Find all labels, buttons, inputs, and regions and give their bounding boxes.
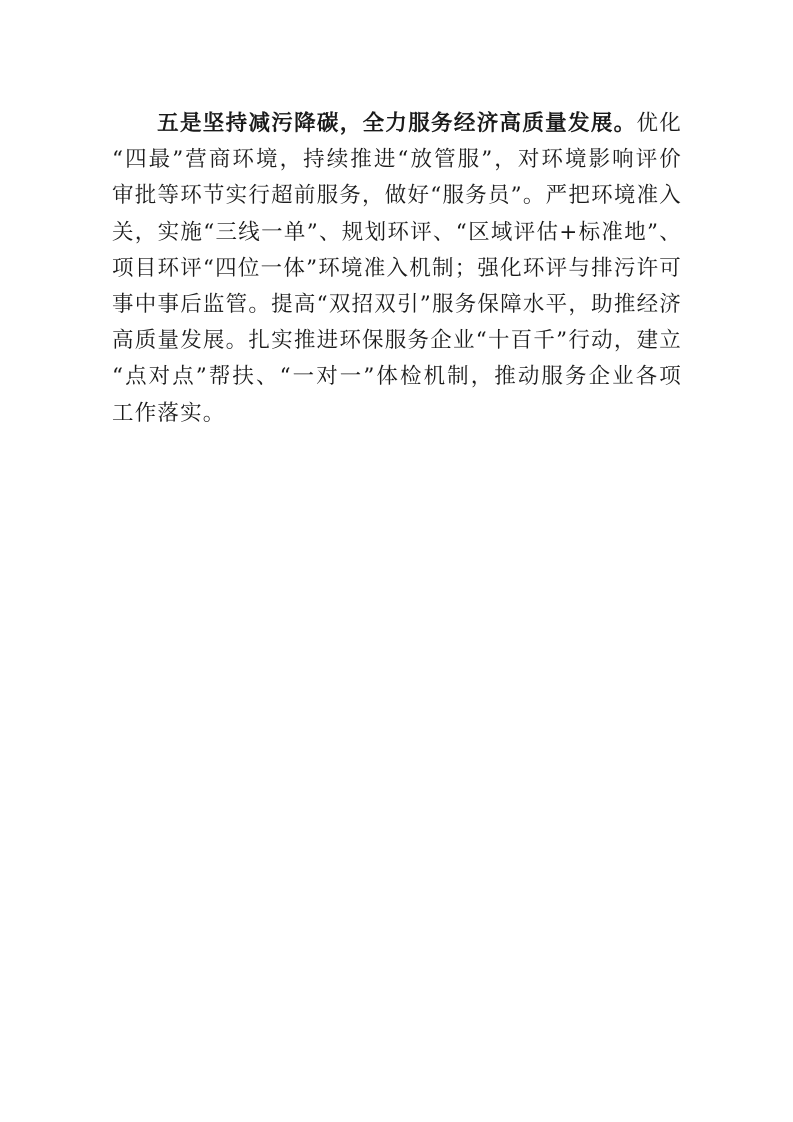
paragraph-heading: 五是坚持减污降碳，全力服务经济高质量发展。 (157, 111, 636, 136)
line-1-text: 优化 (636, 111, 682, 136)
line-6: 事中事后监管。提高“双招双引”服务保障水平，助推经济 (112, 287, 682, 323)
line-8: “点对点”帮扶、“一对一”体检机制，推动服务企业各项 (112, 359, 682, 395)
line-3: 审批等环节实行超前服务，做好“服务员”。严把环境准入 (112, 178, 682, 214)
paragraph-five: 五是坚持减污降碳，全力服务经济高质量发展。优化 “四最”营商环境，持续推进“放管… (112, 106, 682, 432)
line-9: 工作落实。 (112, 396, 682, 432)
line-2: “四最”营商环境，持续推进“放管服”，对环境影响评价 (112, 142, 682, 178)
line-7: 高质量发展。扎实推进环保服务企业“十百千”行动，建立 (112, 323, 682, 359)
document-page: 五是坚持减污降碳，全力服务经济高质量发展。优化 “四最”营商环境，持续推进“放管… (112, 106, 682, 432)
line-5: 项目环评“四位一体”环境准入机制；强化环评与排污许可 (112, 251, 682, 287)
line-4: 关，实施“三线一单”、规划环评、“区域评估+标准地”、 (112, 215, 682, 251)
line-1: 五是坚持减污降碳，全力服务经济高质量发展。优化 (112, 106, 682, 142)
